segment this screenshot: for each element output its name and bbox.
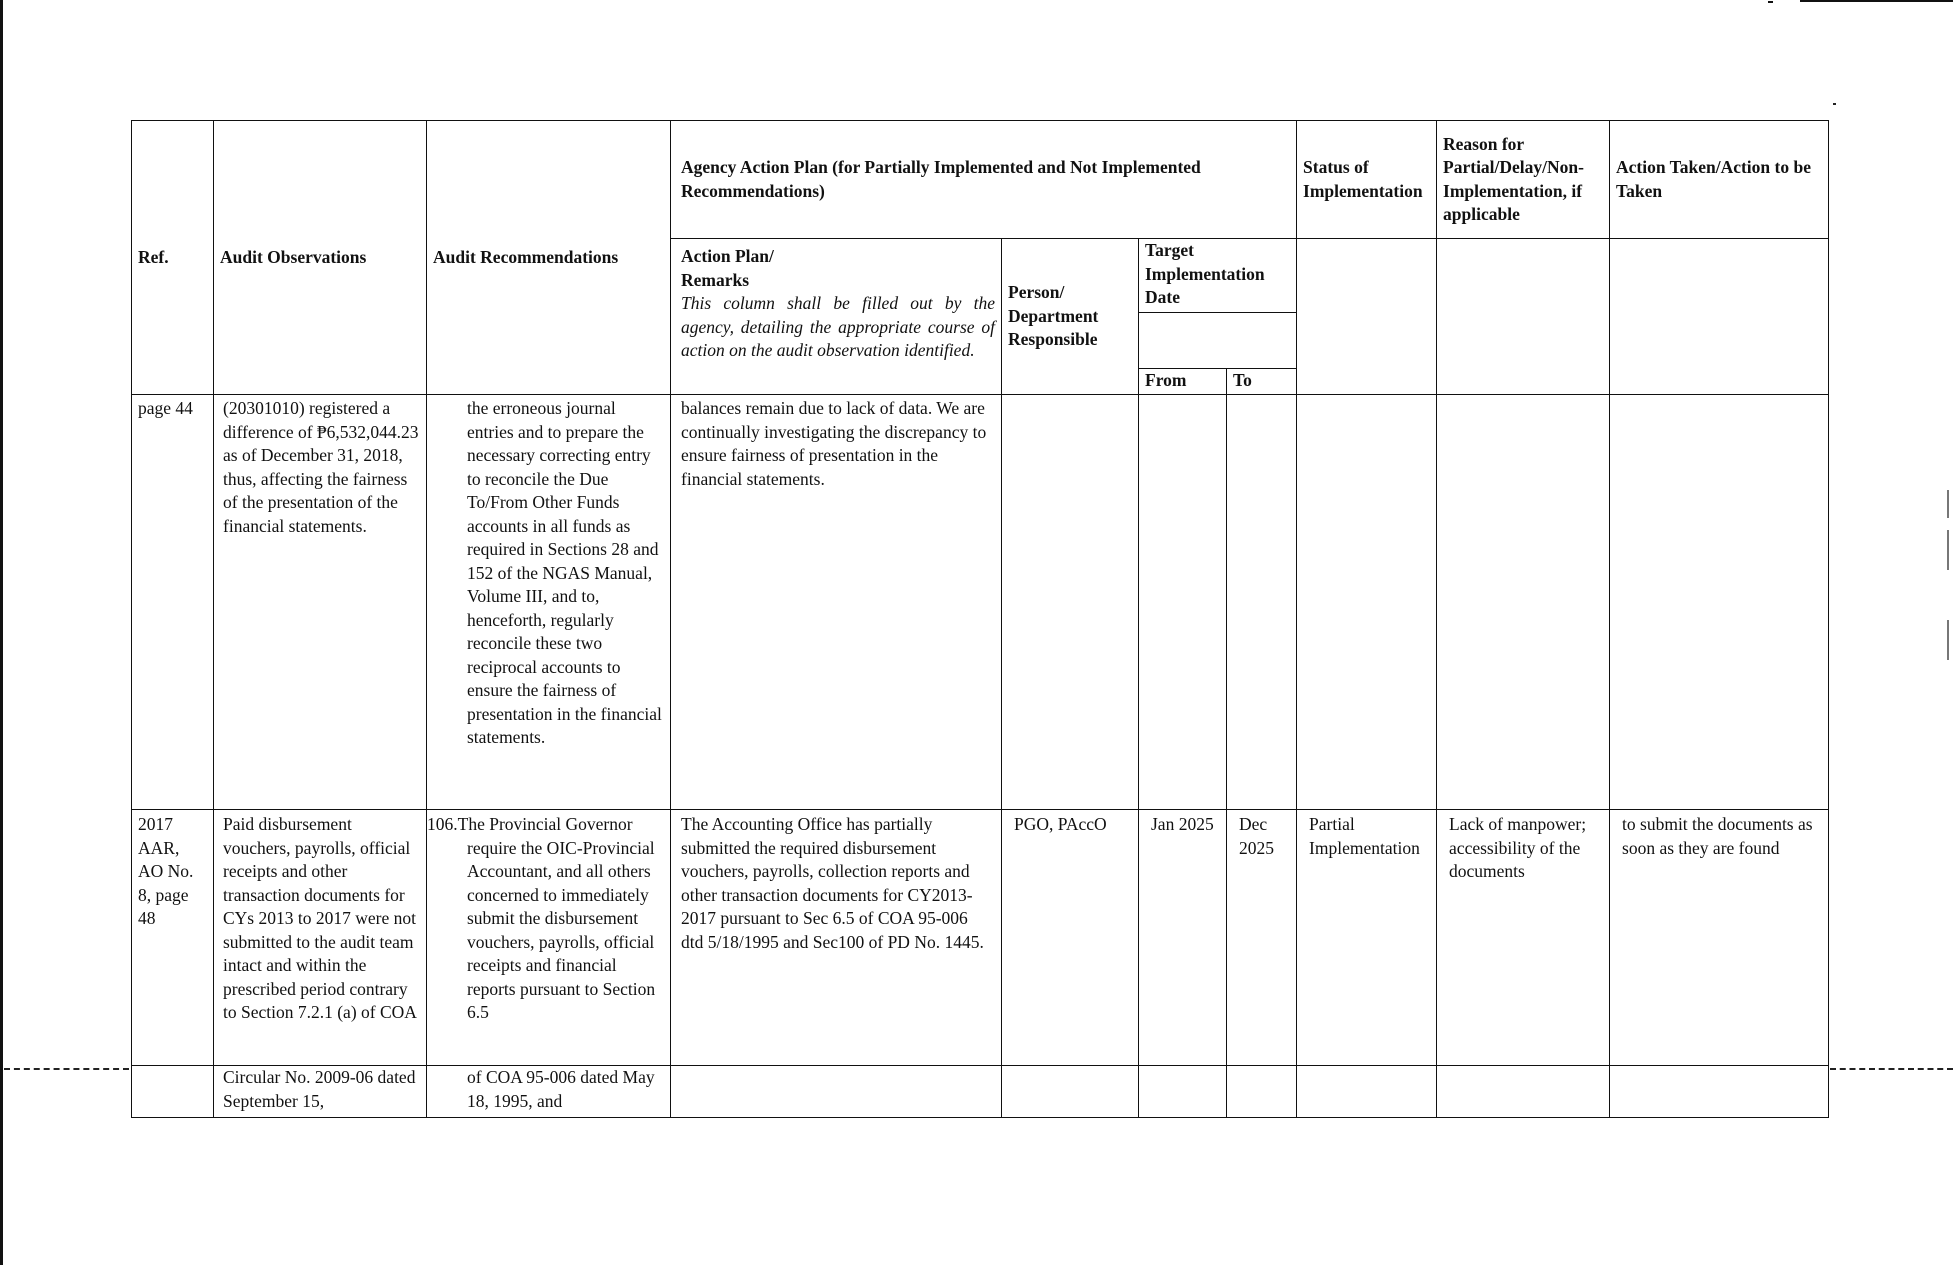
- cell-observation: (20301010) registered a difference of ₱6…: [214, 395, 427, 810]
- header-target-date: Target Implementation Date: [1139, 239, 1297, 369]
- cell-to: [1227, 1066, 1297, 1118]
- header-audit-observations: Audit Observations: [214, 121, 427, 395]
- scan-speck: [1947, 490, 1949, 518]
- header-reason-blank: [1437, 239, 1610, 395]
- cell-to: Dec 2025: [1227, 810, 1297, 1066]
- cell-status: Partial Implementation: [1297, 810, 1437, 1066]
- header-action-taken-blank: [1610, 239, 1829, 395]
- cell-action-plan: The Accounting Office has partially subm…: [671, 810, 1002, 1066]
- table-row: page 44 (20301010) registered a differen…: [132, 395, 1829, 810]
- header-ref: Ref.: [132, 121, 214, 395]
- cell-status: [1297, 1066, 1437, 1118]
- cell-person: PGO, PAccO: [1002, 810, 1139, 1066]
- cell-reason: Lack of manpower; accessibility of the d…: [1437, 810, 1610, 1066]
- audit-recommendations-table: Ref. Audit Observations Audit Recommenda…: [131, 120, 1829, 1118]
- cell-person: [1002, 395, 1139, 810]
- table-row: 2017 AAR, AO No. 8, page 48 Paid disburs…: [132, 810, 1829, 1066]
- header-action-taken: Action Taken/Action to be Taken: [1610, 121, 1829, 239]
- cell-observation-continued: Circular No. 2009-06 dated September 15,: [214, 1066, 427, 1118]
- cell-observation: Paid disbursement vouchers, payrolls, of…: [214, 810, 427, 1066]
- cell-action-plan: balances remain due to lack of data. We …: [671, 395, 1002, 810]
- cell-ref: page 44: [132, 395, 214, 810]
- table-row-continued: Circular No. 2009-06 dated September 15,…: [132, 1066, 1829, 1118]
- header-person-responsible: Person/ Department Responsible: [1002, 239, 1139, 395]
- header-action-plan-remarks: Remarks: [681, 269, 995, 293]
- cell-action-plan: [671, 1066, 1002, 1118]
- header-target-date-label: Target Implementation Date: [1139, 239, 1296, 313]
- cell-reason: [1437, 395, 1610, 810]
- scan-speck: [1833, 103, 1836, 105]
- cell-from: Jan 2025: [1139, 810, 1227, 1066]
- cell-action-taken: [1610, 395, 1829, 810]
- cell-status: [1297, 395, 1437, 810]
- header-action-plan: Action Plan/ Remarks This column shall b…: [671, 239, 1002, 395]
- scan-mark: [1768, 1, 1773, 3]
- cell-action-taken: [1610, 1066, 1829, 1118]
- cell-recommendation-continued: of COA 95-006 dated May 18, 1995, and: [427, 1066, 671, 1118]
- cell-recommendation: the erroneous journal entries and to pre…: [427, 395, 671, 810]
- header-audit-recommendations: Audit Recommendations: [427, 121, 671, 395]
- header-action-plan-title: Action Plan/: [681, 245, 995, 269]
- scan-mark: [1800, 0, 1953, 2]
- scan-speck: [1947, 620, 1949, 660]
- header-reason: Reason for Partial/Delay/Non-Implementat…: [1437, 121, 1610, 239]
- cell-recommendation: 106.The Provincial Governor require the …: [427, 810, 671, 1066]
- header-status: Status of Implementation: [1297, 121, 1437, 239]
- cell-ref: 2017 AAR, AO No. 8, page 48: [132, 810, 214, 1066]
- header-row-top: Ref. Audit Observations Audit Recommenda…: [132, 121, 1829, 239]
- header-to: To: [1227, 369, 1297, 395]
- header-status-blank: [1297, 239, 1437, 395]
- cell-ref: [132, 1066, 214, 1118]
- header-action-plan-note: This column shall be filled out by the a…: [681, 292, 995, 363]
- cell-action-taken: to submit the documents as soon as they …: [1610, 810, 1829, 1066]
- header-agency-action-plan: Agency Action Plan (for Partially Implem…: [671, 121, 1297, 239]
- cell-to: [1227, 395, 1297, 810]
- cell-person: [1002, 1066, 1139, 1118]
- page-break-line: [1830, 1068, 1953, 1070]
- page-break-line: [4, 1068, 129, 1070]
- scan-speck: [1947, 530, 1949, 570]
- header-from: From: [1139, 369, 1227, 395]
- cell-from: [1139, 395, 1227, 810]
- cell-reason: [1437, 1066, 1610, 1118]
- cell-from: [1139, 1066, 1227, 1118]
- scan-page-edge: [0, 0, 3, 1265]
